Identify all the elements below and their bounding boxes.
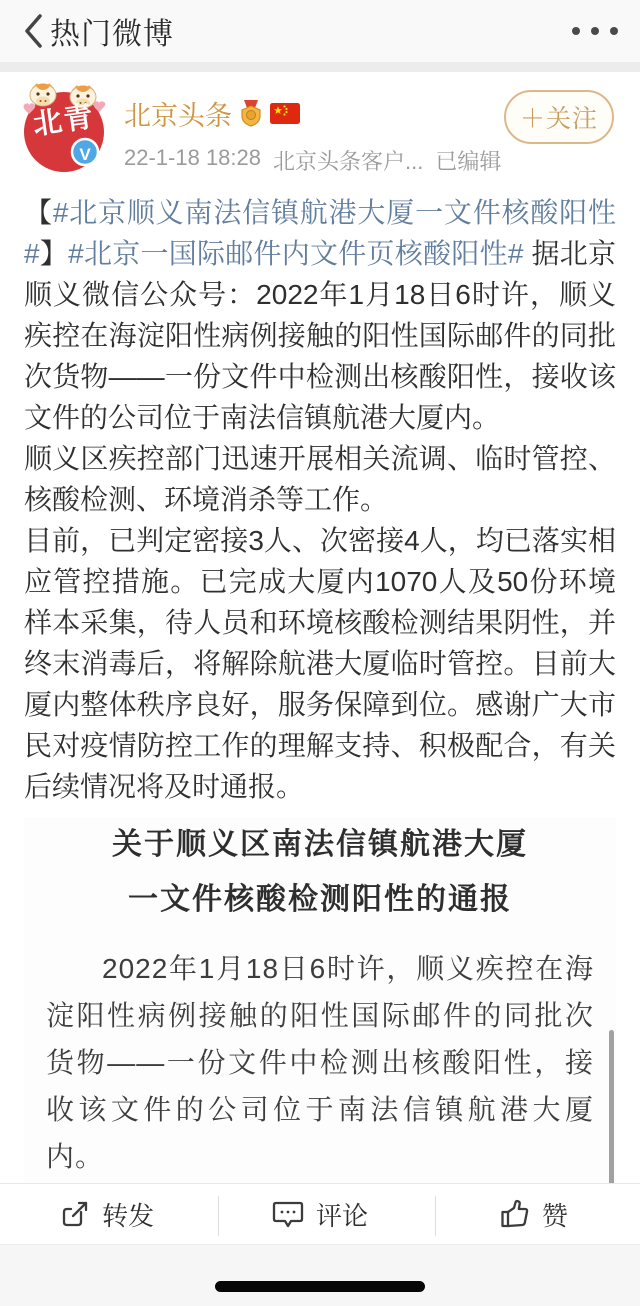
nav-back-button[interactable]: 热门微博 [22,9,174,53]
nav-separator [0,62,640,72]
user-info: 北京头条 [124,80,501,176]
comment-button[interactable]: 评论 [213,1184,426,1244]
notice-paragraph: 2022年1月18日6时许，顺义疾控在海淀阳性病例接触的阳性国际邮件的同批次货物… [46,945,594,1180]
post-timestamp: 22-1-18 18:28 [124,145,261,176]
notice-image[interactable]: 关于顺义区南法信镇航港大厦 一文件核酸检测阳性的通报 2022年1月18日6时许… [24,817,616,1183]
post-text-segment: 【 [24,197,53,228]
verified-badge-icon: V [72,139,98,165]
user-header: V 北青 北京头条 [0,72,640,176]
post-text: 【#北京顺义南法信镇航港大厦一文件核酸阳性#】#北京一国际邮件内文件页核酸阳性#… [24,192,616,807]
back-chevron-icon [22,13,44,49]
home-area [0,1245,640,1306]
repost-icon [59,1199,90,1230]
weibo-post-page: { "nav": { "back_label": "热门微博" }, "user… [0,0,640,1306]
hashtag-link[interactable]: #北京一国际邮件内文件页核酸阳性# [68,238,523,269]
action-toolbar: 转发 评论 赞 [0,1183,640,1245]
repost-button[interactable]: 转发 [0,1184,213,1244]
home-indicator-bar[interactable] [215,1281,425,1292]
more-dots-icon [572,27,580,35]
post-text-segment: 据北京顺义微信公众号：2022年1月18日6时许，顺义疾控在海淀阳性病例接触的阳… [24,238,616,802]
notice-body: 2022年1月18日6时许，顺义疾控在海淀阳性病例接触的阳性国际邮件的同批次货物… [24,927,616,1183]
post-text-segment: 】 [40,238,69,269]
username[interactable]: 北京头条 [124,94,232,133]
more-options-button[interactable] [572,21,618,41]
follow-button[interactable]: ＋关注 [504,90,614,144]
post-source: 北京头条客户... [273,145,423,176]
scrollbar-thumb[interactable] [609,1030,614,1183]
avatar-logo-graphic: V [20,80,108,172]
comment-label: 评论 [316,1196,368,1233]
edited-label: 已编辑 [435,145,501,176]
like-button[interactable]: 赞 [427,1184,640,1244]
like-thumbs-up-icon [499,1199,530,1230]
post-card: V 北青 北京头条 [0,72,640,1183]
comment-icon [272,1199,304,1230]
medal-badge-icon [239,100,263,127]
avatar[interactable]: V 北青 [20,80,108,172]
notice-title: 关于顺义区南法信镇航港大厦 一文件核酸检测阳性的通报 [24,817,616,927]
like-label: 赞 [542,1196,568,1233]
svg-text:V: V [79,145,91,164]
toolbar-divider [218,1196,219,1236]
nav-back-label: 热门微博 [50,9,174,53]
repost-label: 转发 [102,1196,154,1233]
top-nav-bar: 热门微博 [0,0,640,62]
post-meta: 22-1-18 18:28 北京头条客户... 已编辑 [124,145,501,176]
china-flag-icon [270,102,301,125]
toolbar-divider [435,1196,436,1236]
